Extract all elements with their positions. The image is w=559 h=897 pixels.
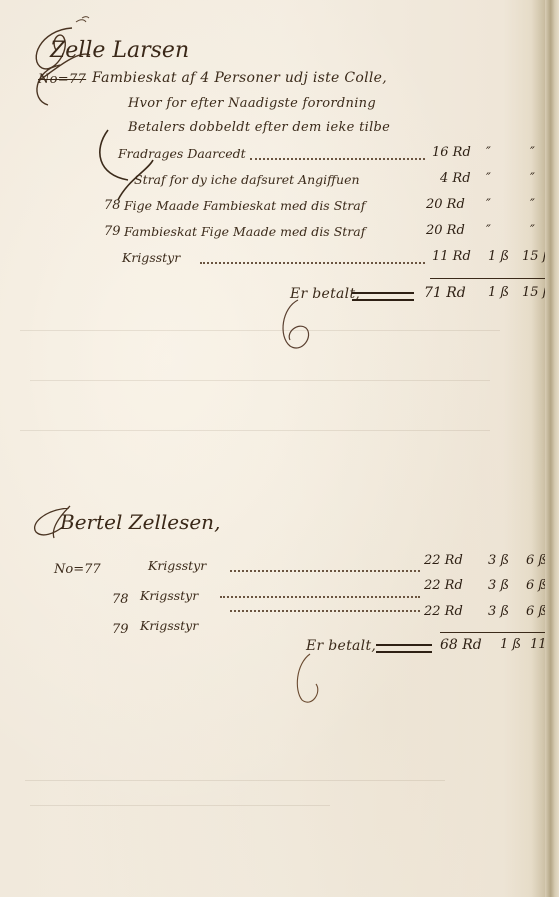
show-through-line xyxy=(25,780,445,781)
page-binding-edge xyxy=(545,0,559,897)
amount-sk: 6 ß xyxy=(526,604,547,619)
entry-text: Straf for dy iche dafsuret Angiffuen xyxy=(134,172,360,187)
amount-rd: 22 Rd xyxy=(424,553,463,568)
entry-text: Krigsstyr xyxy=(148,558,206,573)
entry-number: No=77 xyxy=(54,562,101,577)
amount-rd: 22 Rd xyxy=(424,604,463,619)
amount-rd: 20 Rd xyxy=(426,197,465,212)
sum-rule xyxy=(430,278,548,279)
entry-number: 79 xyxy=(112,622,129,637)
entry-text: Krigsstyr xyxy=(122,250,180,265)
amount-rd: 11 Rd xyxy=(432,249,471,264)
leader-dots xyxy=(230,610,420,612)
loop-flourish-icon xyxy=(290,650,330,710)
section-1-ref-number: No=77 xyxy=(38,72,86,87)
amount-rd: 22 Rd xyxy=(424,578,463,593)
double-rule xyxy=(376,644,432,653)
total-mk: 1 ß xyxy=(500,637,521,652)
sum-rule xyxy=(440,632,548,633)
amount-mk: ″ xyxy=(486,145,491,160)
show-through-line xyxy=(20,330,500,331)
leader-dots xyxy=(220,596,420,598)
amount-rd: 4 Rd xyxy=(440,171,471,186)
description-line-2: Hvor for efter Naadigste forordning xyxy=(128,96,376,111)
manuscript-page: Zelle Larsen No=77 Fambieskat af 4 Perso… xyxy=(0,0,559,897)
double-rule xyxy=(352,292,414,301)
loop-flourish-icon xyxy=(276,296,326,356)
amount-rd: 20 Rd xyxy=(426,223,465,238)
amount-mk: 3 ß xyxy=(488,578,509,593)
amount-sk: ″ xyxy=(530,223,535,238)
entry-text: Fambieskat Fige Maade med dis Straf xyxy=(124,224,365,239)
leader-dots xyxy=(200,262,425,264)
amount-sk: ″ xyxy=(530,197,535,212)
amount-sk: 6 ß xyxy=(526,578,547,593)
show-through-line xyxy=(30,380,490,381)
section-1-heading: Zelle Larsen xyxy=(50,38,189,63)
bracket-flourish-icon xyxy=(88,120,158,210)
amount-sk: ″ xyxy=(530,171,535,186)
show-through-line xyxy=(30,805,330,806)
entry-text: Fradrages Daarcedt xyxy=(118,146,246,161)
leader-dots xyxy=(250,158,425,160)
entry-text: Krigsstyr xyxy=(140,618,198,633)
amount-mk: 3 ß xyxy=(488,604,509,619)
amount-sk: ″ xyxy=(530,145,535,160)
show-through-line xyxy=(20,430,490,431)
description-line-3: Betalers dobbeldt efter dem ieke tilbe xyxy=(128,120,390,135)
leader-dots xyxy=(230,570,420,572)
total-rd: 68 Rd xyxy=(440,637,482,653)
amount-mk: 3 ß xyxy=(488,553,509,568)
amount-mk: ″ xyxy=(486,223,491,238)
section-2-heading: Bertel Zellesen, xyxy=(60,510,220,534)
description-line-1: Fambieskat af 4 Personer udj iste Colle, xyxy=(92,70,387,86)
entry-number: 78 xyxy=(104,198,121,213)
entry-number: 78 xyxy=(112,592,129,607)
amount-rd: 16 Rd xyxy=(432,145,471,160)
entry-text: Krigsstyr xyxy=(140,588,198,603)
entry-number: 79 xyxy=(104,224,121,239)
amount-mk: 1 ß xyxy=(488,249,509,264)
total-mk: 1 ß xyxy=(488,285,509,300)
amount-sk: 6 ß xyxy=(526,553,547,568)
amount-mk: ″ xyxy=(486,197,491,212)
entry-text: Fige Maade Fambieskat med dis Straf xyxy=(124,198,365,213)
total-rd: 71 Rd xyxy=(424,285,466,301)
amount-mk: ″ xyxy=(486,171,491,186)
